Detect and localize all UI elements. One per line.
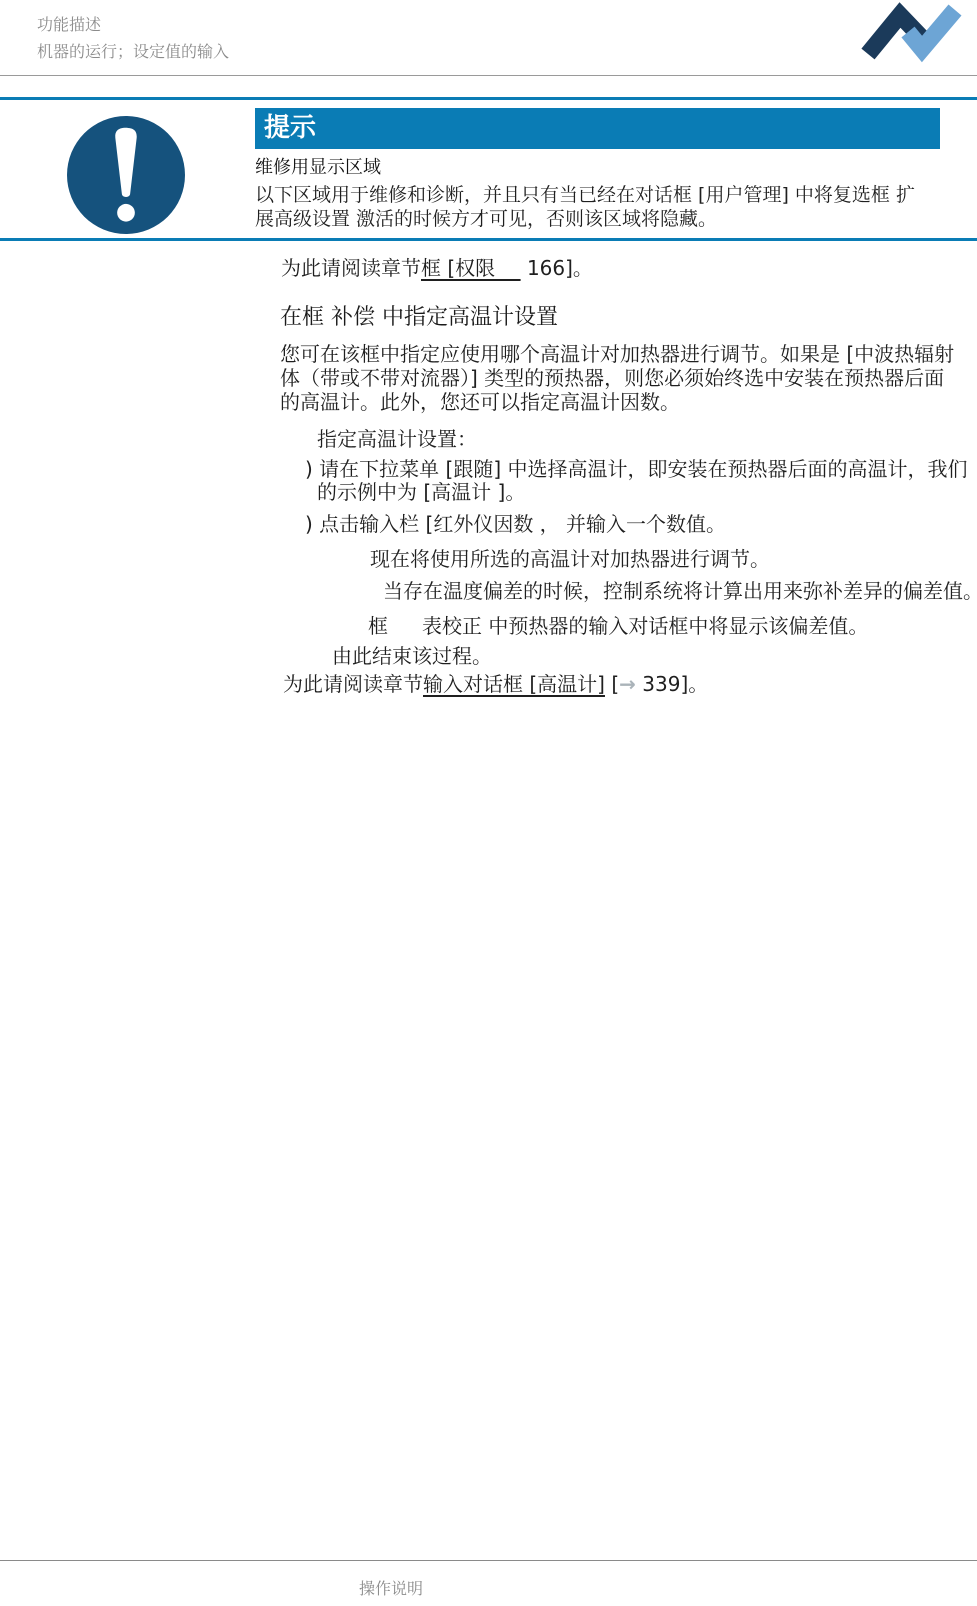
brand-logo-icon (858, 2, 966, 68)
paragraph-line: 的高温计。此外，您还可以指定高温计因数。 (280, 386, 680, 415)
notice-bottom-rule (0, 238, 977, 241)
step-item: ) 点击输入栏 [红外仪因数 ， 并输入一个数值。 (305, 508, 726, 537)
notice-banner: 提示 (255, 108, 940, 149)
notice-body-line: 展高级设置 激活的时候方才可见，否则该区域将隐藏。 (255, 204, 717, 231)
result-line: 现在将使用所选的高温计对加热器进行调节。 (370, 543, 770, 572)
jump-arrow-icon: → (619, 672, 636, 696)
cross-reference-permissions: 为此请阅读章节框 [权限 166]。 (281, 252, 593, 281)
cross-reference-page-number: 339]。 (636, 672, 708, 696)
doc-title: 功能描述 (37, 12, 101, 35)
step-item-continuation: 的示例中为 [高温计 ]。 (317, 476, 525, 505)
section-heading: 在框 补偿 中指定高温计设置 (280, 300, 558, 331)
cross-reference-prefix: 为此请阅读章节 (281, 256, 421, 280)
notice-heading: 维修用显示区域 (255, 153, 381, 179)
mandatory-exclamation-icon (65, 116, 187, 234)
notice-top-rule (0, 97, 977, 100)
notice-title: 提示 (264, 113, 316, 143)
note-line: 框表校正 中预热器的输入对话框中将显示该偏差值。 (368, 610, 868, 639)
doc-subtitle: 机器的运行；设定值的输入 (37, 39, 229, 62)
procedure-end-line: 由此结束该过程。 (332, 640, 492, 669)
manual-page: 功能描述 机器的运行；设定值的输入 提示 维修用显示区域 以下区域用于维修和诊断… (0, 0, 977, 1606)
cross-reference-page-number: 166]。 (521, 256, 593, 280)
pyrometer-dialog-link[interactable]: 输入对话框 [高温计] (423, 672, 605, 696)
footer-doc-type: 操作说明 (359, 1576, 423, 1599)
note-line: 当存在温度偏差的时候，控制系统将计算出用来弥补差异的偏差值。 (383, 575, 977, 604)
cross-reference-prefix: 为此请阅读章节 (283, 672, 423, 696)
bracket-open: [ (605, 672, 619, 696)
footer-divider (0, 1560, 977, 1561)
cross-reference-pyrometer-dialog: 为此请阅读章节输入对话框 [高温计] [→ 339]。 (283, 668, 708, 697)
task-heading: 指定高温计设置： (317, 423, 477, 452)
permissions-link[interactable]: 框 [权限 (421, 256, 521, 280)
notice-body-line: 以下区域用于维修和诊断，并且只有当已经在对话框 [用户管理] 中将复选框 扩 (255, 180, 915, 207)
header-divider (0, 75, 977, 76)
note-rest: 表校正 中预热器的输入对话框中将显示该偏差值。 (388, 614, 868, 638)
note-box-word: 框 (368, 614, 388, 638)
